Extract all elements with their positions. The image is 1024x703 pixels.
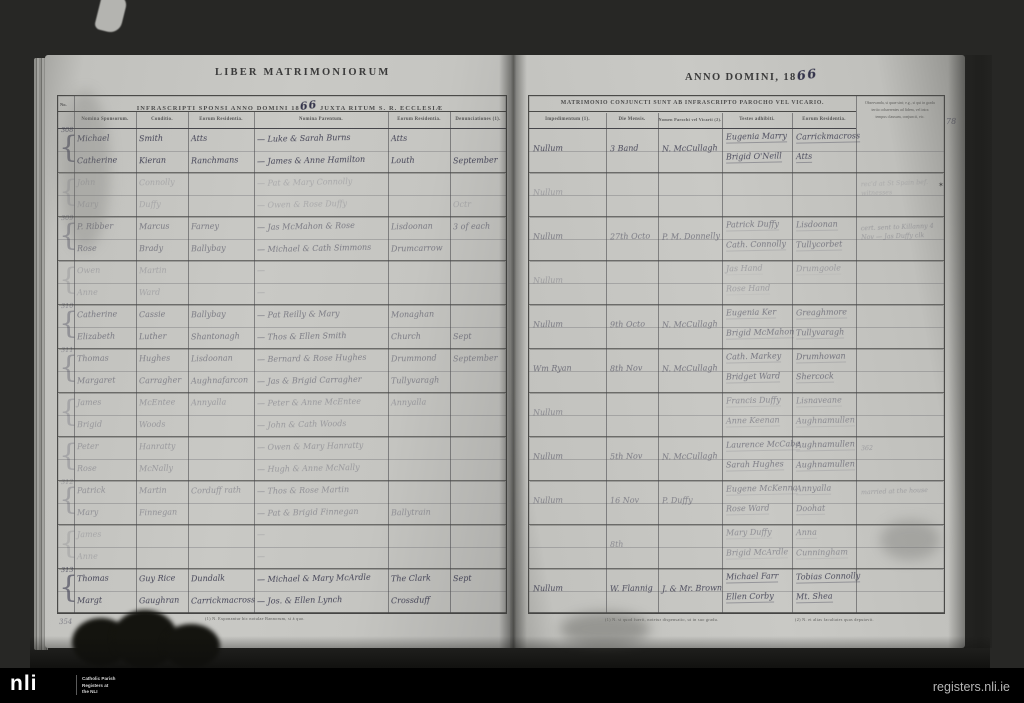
handwritten-cell: Brady (139, 245, 163, 254)
col-header-testes: Testes adhibiti. (722, 117, 792, 122)
handwritten-cell: Drumcarrow (391, 244, 443, 253)
entry-number: 311 (61, 347, 74, 354)
handwritten-cell: Annyalla (191, 399, 226, 408)
register-entry: {308MichaelSmithAtts— Luke & Sarah Burns… (58, 129, 506, 173)
handwritten-cell: 5th Nov (610, 453, 643, 462)
handwritten-cell: — Jas McMahon & Rose (257, 222, 355, 232)
handwritten-cell: McEntee (139, 399, 176, 408)
handwritten-cell: Cunningham (796, 548, 848, 559)
handwritten-cell: Atts (191, 135, 207, 143)
column-divider (188, 112, 189, 613)
margin-star-mark: ✶ (938, 181, 944, 189)
right-footnote-2: (2) N. et alias facultates quas deputavi… (795, 617, 874, 622)
handwritten-cell: Dundalk (191, 575, 225, 584)
left-caption-prefix: INFRASCRIPTI SPONSI ANNO DOMINI 18 (137, 105, 300, 112)
logo-caption-line: the NLI (82, 689, 115, 696)
page-stain (880, 520, 940, 560)
handwritten-cell: Cath. Markey (726, 352, 781, 363)
entry-bracket: { (59, 441, 78, 471)
register-entry: NullumFrancis DuffyAnne KeenanLisnaveane… (529, 393, 944, 437)
anno-domini-year-handwritten: 66 (796, 67, 819, 85)
handwritten-cell: Lisnaveane (796, 397, 842, 408)
handwritten-cell: Lisdoonan (191, 355, 233, 364)
handwritten-cell: Anne Keenan (726, 416, 780, 427)
left-page: LIBER MATRIMONIORUM No. INFRASCRIPTI SPO… (45, 55, 510, 648)
handwritten-cell: Brigid McMahon (726, 328, 795, 339)
column-divider (658, 113, 659, 613)
handwritten-cell: Patrick Duffy (726, 220, 779, 231)
handwritten-cell: 16 Nov (610, 497, 639, 506)
handwritten-cell: Farney (191, 223, 219, 232)
entry-number: 310 (61, 303, 74, 310)
entry-number: 313 (61, 567, 74, 574)
margin-annotation: cert. sent to Killanny 4 Nov — Jas Duffy… (861, 223, 940, 243)
handwritten-cell: Shercock (796, 373, 834, 384)
handwritten-cell: Monaghan (391, 311, 434, 320)
register-entry: {OwenMartin—AnneWard— (58, 261, 506, 305)
register-entry: Nullum9th OctoN. McCullaghEugenia KerBri… (529, 305, 944, 349)
left-caption-suffix: JUXTA RITUM S. R. ECCLESIÆ (317, 105, 443, 112)
handwritten-cell: Drumhowan (796, 352, 846, 363)
handwritten-cell: Nullum (533, 497, 563, 506)
left-table-caption-band: No. INFRASCRIPTI SPONSI ANNO DOMINI 1866… (58, 96, 506, 112)
handwritten-cell: Anna (796, 529, 817, 539)
handwritten-cell: 8th (610, 541, 624, 549)
left-caption-year-handwritten: 66 (299, 98, 318, 113)
handwritten-cell: 9th Octo (610, 321, 645, 330)
register-entry: {313ThomasGuy RiceDundalk— Michael & Mar… (58, 569, 506, 613)
handwritten-cell: Margt (77, 597, 102, 606)
handwritten-cell: Atts (391, 135, 407, 143)
viewer-footer-bar: nli Catholic Parish Registers at the NLI… (0, 668, 1024, 703)
handwritten-cell: Octr (453, 201, 471, 209)
handwritten-cell: Crossduff (391, 597, 430, 606)
handwritten-cell: Martin (139, 487, 167, 496)
column-divider (388, 112, 389, 613)
handwritten-cell: — Peter & Anne McEntee (257, 398, 361, 408)
handwritten-cell: — Michael & Cath Simmons (257, 244, 371, 254)
handwritten-cell: Greaghmore (796, 308, 847, 319)
handwritten-cell: Lisdoonan (391, 223, 433, 232)
handwritten-cell: Ward (139, 289, 160, 297)
handwritten-cell: Tullycorbet (796, 241, 843, 252)
handwritten-cell: N. McCullagh (662, 144, 718, 153)
column-divider (450, 112, 451, 613)
handwritten-cell: Hughes (139, 355, 170, 364)
handwritten-cell: Martin (139, 267, 167, 276)
handwritten-cell: Nullum (533, 189, 563, 198)
handwritten-cell: Shantonagh (191, 332, 240, 341)
handwritten-cell: Francis Duffy (726, 396, 781, 407)
handwritten-cell: Luther (139, 333, 167, 342)
handwritten-cell: Rose Hand (726, 285, 770, 296)
note-box-line-3: tempus clausum, conjuncti, etc. (856, 115, 944, 119)
handwritten-cell: Duffy (139, 201, 161, 209)
handwritten-cell: — Pat & Mary Connolly (257, 178, 352, 188)
col-header-nomina-parentum: Nomina Parentum. (254, 117, 388, 122)
handwritten-cell: Aughnamullen (796, 416, 855, 427)
handwritten-cell: Elizabeth (77, 333, 115, 342)
register-entry: NullumJas HandRose HandDrumgoole (529, 261, 944, 305)
handwritten-cell: Peter (77, 443, 99, 451)
handwritten-cell: 3 Band (610, 145, 639, 154)
handwritten-cell: — Owen & Mary Hanratty (257, 442, 363, 452)
handwritten-cell: — (257, 289, 265, 297)
handwritten-cell: Carrickmacross (796, 132, 860, 143)
handwritten-cell: Nullum (533, 321, 563, 330)
site-url-label: registers.nli.ie (933, 680, 1010, 694)
handwritten-cell: Nullum (533, 585, 563, 594)
handwritten-cell: Ballybay (191, 245, 226, 254)
handwritten-cell: September (453, 355, 498, 364)
column-divider (792, 113, 793, 613)
handwritten-cell: Drummond (391, 355, 437, 364)
left-page-title: LIBER MATRIMONIORUM (215, 67, 390, 78)
handwritten-cell: Hanratty (139, 443, 176, 452)
nli-logo: nli (10, 673, 38, 694)
register-entry: Nullum27th OctoP. M. DonnellyPatrick Duf… (529, 217, 944, 261)
handwritten-cell: N. McCullagh (662, 320, 718, 329)
handwritten-cell: Aughnafarcon (191, 376, 248, 385)
handwritten-cell: 27th Octo (610, 233, 650, 242)
note-box-line-1: Observanda, si quae sint; e.g., si qui i… (856, 101, 944, 105)
register-entry: NullumW. FlannigJ. & Mr. BrownMichael Fa… (529, 569, 944, 613)
handwritten-cell: Tullyvaragh (391, 376, 439, 385)
entry-bracket: { (59, 485, 78, 515)
handwritten-cell: — Thos & Ellen Smith (257, 332, 347, 342)
entry-bracket: { (59, 265, 78, 295)
handwritten-cell: Brigid (77, 421, 102, 430)
handwritten-cell: Sept (453, 575, 472, 583)
handwritten-cell: Nullum (533, 453, 563, 462)
register-entry: Wm Ryan8th NovN. McCullaghCath. MarkeyBr… (529, 349, 944, 393)
handwritten-cell: Nullum (533, 409, 563, 418)
handwritten-cell: Cassie (139, 311, 166, 320)
handwritten-cell: Laurence McCabe (726, 440, 800, 452)
column-divider (856, 96, 857, 613)
register-entry: {JamesMcEnteeAnnyalla— Peter & Anne McEn… (58, 393, 506, 437)
col-header-eorum-residentia-1: Eorum Residentia. (188, 117, 254, 122)
handwritten-cell: Connolly (139, 179, 175, 188)
handwritten-cell: Corduff rath (191, 486, 241, 495)
handwritten-cell: September (453, 157, 498, 166)
column-divider (136, 112, 137, 613)
register-entry: {309P. RibberMarcusFarney— Jas McMahon &… (58, 217, 506, 261)
right-page-edge-fade (948, 55, 992, 648)
nli-logo-caption: Catholic Parish Registers at the NLI (82, 676, 115, 696)
margin-annotation: married at the house (861, 487, 939, 498)
col-header-denunciationes: Denunciationes (1). (450, 117, 506, 122)
entry-number: 312 (61, 479, 74, 486)
handwritten-cell: — Luke & Sarah Burns (257, 134, 351, 144)
handwritten-cell: — Bernard & Rose Hughes (257, 354, 367, 364)
margin-annotation: 362 (861, 443, 939, 454)
handwritten-cell: Eugenia Ker (726, 308, 776, 319)
handwritten-cell: Brigid O'Neill (726, 152, 782, 163)
handwritten-cell: Sarah Hughes (726, 460, 784, 471)
logo-divider (76, 675, 77, 695)
handwritten-cell: — Hugh & Anne McNally (257, 464, 360, 474)
book-fold-shadow (499, 55, 527, 648)
handwritten-cell: Brigid McArdle (726, 548, 788, 559)
handwritten-cell: Tullyvaragh (796, 328, 844, 339)
handwritten-cell: Cath. Connolly (726, 240, 786, 251)
handwritten-cell: Kieran (139, 157, 166, 166)
column-divider (254, 112, 255, 613)
handwritten-cell: Tobias Connolly (796, 572, 861, 583)
handwritten-cell: — Pat & Brigid Finnegan (257, 508, 359, 518)
col-header-nomen-parochi: Nomen Parochi vel Vicarii (2). (658, 117, 722, 122)
handwritten-cell: Smith (139, 135, 163, 144)
handwritten-cell: Ranchmans (191, 157, 239, 166)
handwritten-cell: — Jas & Brigid Carragher (257, 376, 362, 386)
register-entry: Nullum3 BandN. McCullaghEugenia MarryBri… (529, 129, 944, 173)
handwritten-cell: Rose Ward (726, 505, 770, 516)
page-stain (60, 90, 110, 250)
col-header-eorum-residentia-2: Eorum Residentia. (388, 117, 450, 122)
handwritten-cell: James (77, 531, 102, 540)
register-entry: Nullumrec'd at St Spain bef. witnesses (529, 173, 944, 217)
handwritten-cell: The Clark (391, 575, 431, 584)
handwritten-cell: P. Duffy (662, 497, 693, 506)
handwritten-cell: Aughnamullen (796, 460, 855, 471)
handwritten-cell: Wm Ryan (533, 365, 572, 374)
handwritten-cell: Nullum (533, 145, 563, 154)
col-header-eorum-residentia: Eorum Residentia. (792, 117, 856, 122)
handwritten-cell: Mary (77, 509, 98, 517)
col-header-impedimentum: Impedimentum (1). (529, 117, 606, 122)
handwritten-cell: — Pat Reilly & Mary (257, 310, 340, 320)
handwritten-cell: Thomas (77, 355, 109, 364)
handwritten-cell: Bridget Ward (726, 372, 780, 383)
handwritten-cell: Annyalla (391, 399, 426, 408)
entry-bracket: { (59, 529, 78, 559)
column-divider (722, 113, 723, 613)
handwritten-cell: — John & Cath Woods (257, 420, 347, 430)
observations-note-box: Observanda, si quae sint; e.g., si qui i… (856, 96, 944, 129)
handwritten-cell: Doohat (796, 505, 825, 516)
handwritten-cell: Nullum (533, 233, 563, 242)
handwritten-cell: N. McCullagh (662, 452, 718, 461)
handwritten-cell: 3 of each (453, 223, 490, 232)
register-entry: {311ThomasHughesLisdoonan— Bernard & Ros… (58, 349, 506, 393)
entry-bracket: { (59, 397, 78, 427)
register-entry: {James—Anne— (58, 525, 506, 569)
handwritten-cell: Guy Rice (139, 575, 176, 584)
handwritten-cell: — James & Anne Hamilton (257, 156, 365, 166)
margin-annotation: rec'd at St Spain bef. witnesses (861, 179, 940, 199)
handwritten-cell: Rose (77, 465, 97, 473)
page-number-handwritten: 354 (59, 619, 73, 626)
handwritten-cell: Aughnamullen (796, 440, 855, 451)
left-register-table: No. INFRASCRIPTI SPONSI ANNO DOMINI 1866… (57, 95, 507, 614)
logo-caption-line: Catholic Parish (82, 676, 115, 683)
right-column-header-band: Impedimentum (1). Die Mensis. Nomen Paro… (529, 112, 856, 129)
entry-bracket: { (59, 309, 78, 339)
scan-backdrop: LIBER MATRIMONIORUM No. INFRASCRIPTI SPO… (0, 0, 1024, 668)
handwritten-cell: P. M. Donnelly (662, 232, 720, 241)
handwritten-cell: Ellen Corby (726, 593, 774, 604)
handwritten-cell: — (257, 531, 265, 539)
handwritten-cell: Gaughran (139, 597, 180, 606)
register-entry: Nullum16 NovP. DuffyEugene McKennaRose W… (529, 481, 944, 525)
handwritten-cell: Michael Farr (726, 572, 779, 583)
handwritten-cell: Atts (796, 153, 812, 163)
handwritten-cell: McNally (139, 465, 173, 474)
handwritten-cell: W. Flannig (610, 585, 653, 594)
handwritten-cell: — Michael & Mary McArdle (257, 574, 371, 584)
anno-domini-prefix: ANNO DOMINI, 18 (685, 72, 797, 83)
column-divider (606, 113, 607, 613)
register-entry: {JohnConnolly— Pat & Mary ConnollyMaryDu… (58, 173, 506, 217)
handwritten-cell: N. McCullagh (662, 364, 718, 373)
register-entry: Nullum5th NovN. McCullaghLaurence McCabe… (529, 437, 944, 481)
right-caption: MATRIMONIO CONJUNCTI SUNT AB INFRASCRIPT… (529, 100, 856, 106)
handwritten-cell: Eugene McKenna (726, 484, 798, 495)
handwritten-cell: — Thos & Rose Martin (257, 486, 349, 496)
handwritten-cell: Carragher (139, 377, 181, 386)
register-viewer: LIBER MATRIMONIORUM No. INFRASCRIPTI SPO… (0, 0, 1024, 703)
left-table-body: {308MichaelSmithAtts— Luke & Sarah Burns… (58, 129, 506, 613)
handwritten-cell: Marcus (139, 223, 170, 232)
handwritten-cell: Lisdoonan (796, 221, 838, 232)
handwritten-cell: J. & Mr. Brown (662, 584, 722, 593)
handwritten-cell: Sept (453, 333, 472, 341)
handwritten-cell: Anne (77, 289, 98, 297)
handwritten-cell: Eugenia Marry (726, 132, 787, 143)
handwritten-cell: Thomas (77, 575, 109, 584)
right-table-caption-band: MATRIMONIO CONJUNCTI SUNT AB INFRASCRIPT… (529, 96, 856, 112)
handwritten-cell: Owen (77, 267, 100, 275)
entry-bracket: { (59, 573, 78, 603)
register-entry: {PeterHanratty— Owen & Mary HanrattyRose… (58, 437, 506, 481)
handwritten-cell: 8th Nov (610, 365, 643, 374)
handwritten-cell: Ballybay (191, 311, 226, 320)
handwritten-cell: Carrickmacross (191, 596, 255, 605)
handwritten-cell: Woods (139, 421, 166, 430)
handwritten-cell: — (257, 553, 265, 561)
left-footnote: (1) N. Exponantur hic notulae Bannorum, … (205, 616, 305, 621)
book-bottom-shadow (30, 636, 990, 668)
paper-corner-artifact (94, 0, 128, 35)
left-column-header-band: Nomina Sponsorum. Conditio. Eorum Reside… (58, 112, 506, 129)
handwritten-cell: Margaret (77, 377, 116, 386)
handwritten-cell: — (257, 267, 265, 275)
handwritten-cell: Jas Hand (726, 265, 763, 276)
handwritten-cell: Church (391, 333, 421, 342)
handwritten-cell: Nullum (533, 277, 563, 286)
handwritten-cell: Anne (77, 553, 98, 561)
handwritten-cell: James (77, 399, 102, 408)
entry-bracket: { (59, 353, 78, 383)
handwritten-cell: — Jos. & Ellen Lynch (257, 596, 342, 606)
handwritten-cell: Drumgoole (796, 265, 841, 276)
handwritten-cell: Mary Duffy (726, 529, 772, 540)
register-entry: {310CatherineCassieBallybay— Pat Reilly … (58, 305, 506, 349)
handwritten-cell: — Owen & Rose Duffy (257, 200, 347, 210)
handwritten-cell: Catherine (77, 311, 117, 320)
right-page: ANNO DOMINI, 1866 MATRIMONIO CONJUNCTI S… (510, 55, 965, 648)
logo-caption-line: Registers at (82, 683, 115, 690)
handwritten-cell: Finnegan (139, 509, 177, 518)
handwritten-cell: Patrick (77, 487, 106, 496)
handwritten-cell: Louth (391, 157, 415, 165)
handwritten-cell: Ballytrain (391, 509, 431, 518)
register-entry: {312PatrickMartinCorduff rath— Thos & Ro… (58, 481, 506, 525)
col-header-die-mensis: Die Mensis. (606, 117, 658, 122)
col-header-conditio: Conditio. (136, 117, 188, 122)
handwritten-cell: Annyalla (796, 485, 831, 496)
right-page-title: ANNO DOMINI, 1866 (685, 69, 818, 84)
note-box-line-2: tertio cohaerentes ad fidem, vel intra (856, 108, 944, 112)
handwritten-cell: Mt. Shea (796, 593, 833, 604)
